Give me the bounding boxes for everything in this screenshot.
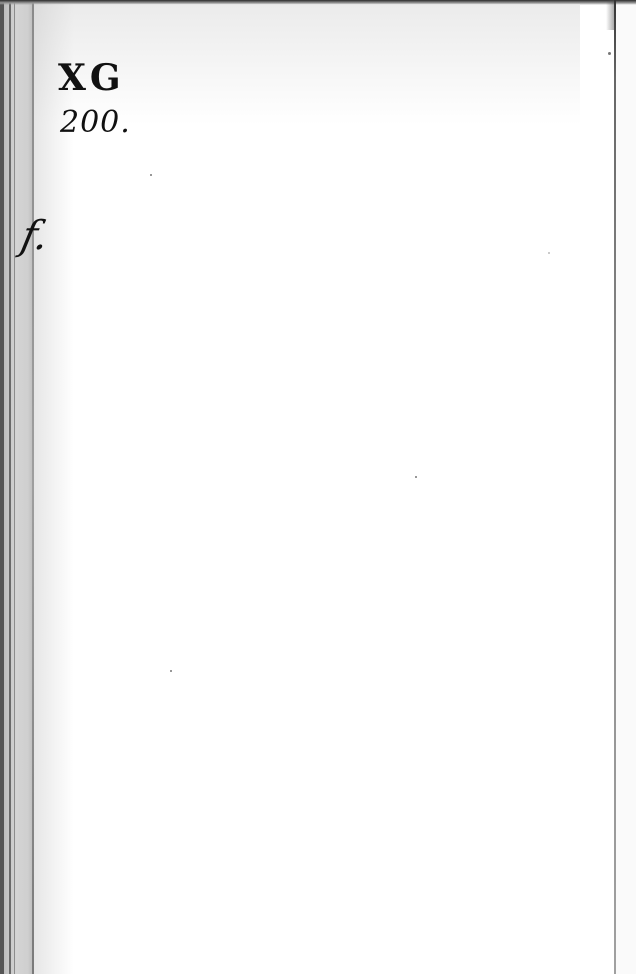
spine-line — [32, 0, 34, 974]
top-page-edge — [0, 0, 636, 5]
shelf-mark-letters: XG — [58, 60, 125, 96]
right-margin — [616, 5, 636, 974]
paper-speck — [150, 174, 152, 176]
paper-speck — [548, 252, 550, 254]
shelf-mark-number: 200. — [60, 108, 131, 138]
paper-speck — [415, 476, 417, 478]
spine-line — [9, 0, 11, 974]
scanned-page: XG 200. f. — [0, 0, 636, 974]
gutter-shadow — [34, 0, 74, 974]
paper-speck — [608, 52, 611, 55]
paper-speck — [170, 670, 172, 672]
spine-line — [14, 0, 15, 974]
